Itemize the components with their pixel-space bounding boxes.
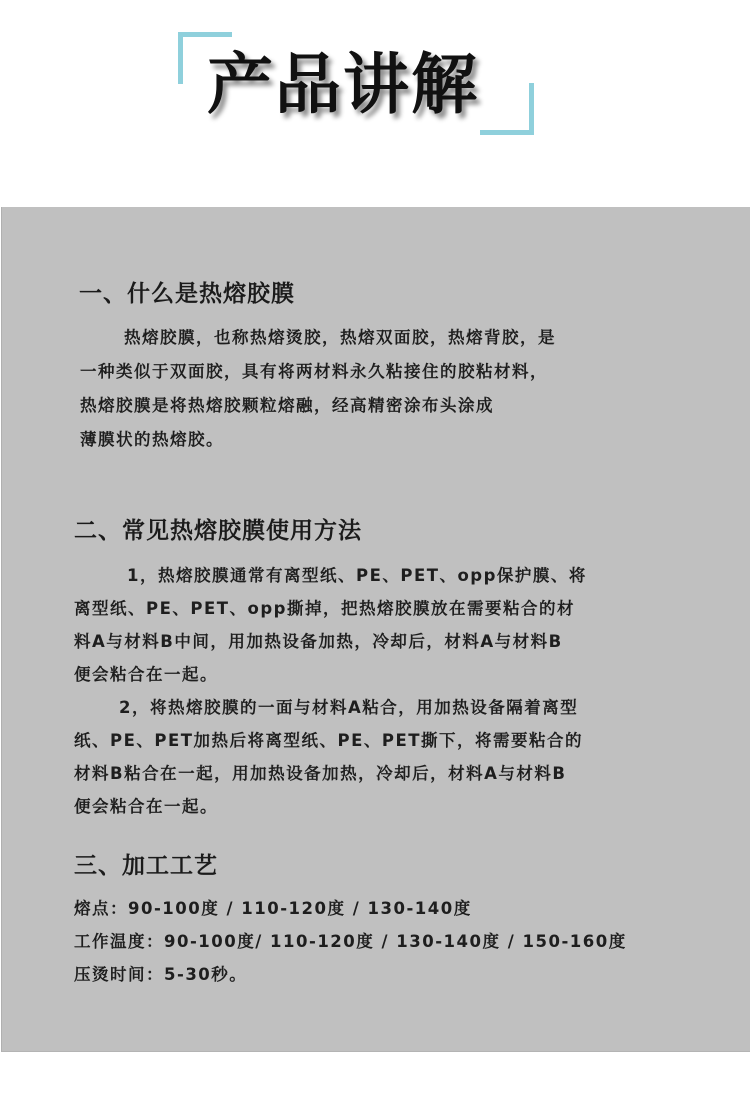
paragraph-line: 便会粘合在一起。	[74, 661, 218, 685]
paragraph-line: 离型纸、PE、PET、opp撕掉，把热熔胶膜放在需要粘合的材	[74, 595, 575, 619]
paragraph-line: 纸、PE、PET加热后将离型纸、PE、PET撕下，将需要粘合的	[74, 727, 583, 751]
spec-melting-point: 熔点：90-100度 / 110-120度 / 130-140度	[74, 895, 472, 919]
section-title-usage: 二、常见热熔胶膜使用方法	[74, 512, 362, 545]
paragraph-line: 2，将热熔胶膜的一面与材料A粘合，用加热设备隔着离型	[119, 694, 578, 718]
paragraph-line: 一种类似于双面胶，具有将两材料永久粘接住的胶粘材料，	[80, 358, 548, 382]
paragraph-line: 薄膜状的热熔胶。	[80, 426, 224, 450]
paragraph-line: 便会粘合在一起。	[74, 793, 218, 817]
paragraph-line: 料A与材料B中间，用加热设备加热，冷却后，材料A与材料B	[74, 628, 563, 652]
section-title-processing: 三、加工工艺	[74, 847, 218, 880]
paragraph-line: 热熔胶膜是将热熔胶颗粒熔融，经高精密涂布头涂成	[80, 392, 494, 416]
paragraph-line: 热熔胶膜，也称热熔烫胶，热熔双面胶，热熔背胶，是	[124, 324, 556, 348]
bracket-top-left-vertical	[178, 32, 183, 84]
spec-working-temperature: 工作温度：90-100度/ 110-120度 / 130-140度 / 150-…	[74, 928, 627, 952]
content-panel: 一、什么是热熔胶膜 热熔胶膜，也称热熔烫胶，热熔双面胶，热熔背胶，是 一种类似于…	[1, 207, 750, 1052]
bracket-bottom-right-horizontal	[480, 130, 534, 135]
bracket-top-left-horizontal	[178, 32, 232, 37]
page-title: 产品讲解	[207, 40, 507, 130]
spec-press-time: 压烫时间：5-30秒。	[74, 961, 247, 985]
paragraph-line: 材料B粘合在一起，用加热设备加热，冷却后，材料A与材料B	[74, 760, 566, 784]
header-banner: 产品讲解	[0, 0, 750, 207]
paragraph-line: 1，热熔胶膜通常有离型纸、PE、PET、opp保护膜、将	[127, 562, 587, 586]
bracket-bottom-right-vertical	[529, 83, 534, 135]
section-title-what-is: 一、什么是热熔胶膜	[79, 275, 295, 308]
